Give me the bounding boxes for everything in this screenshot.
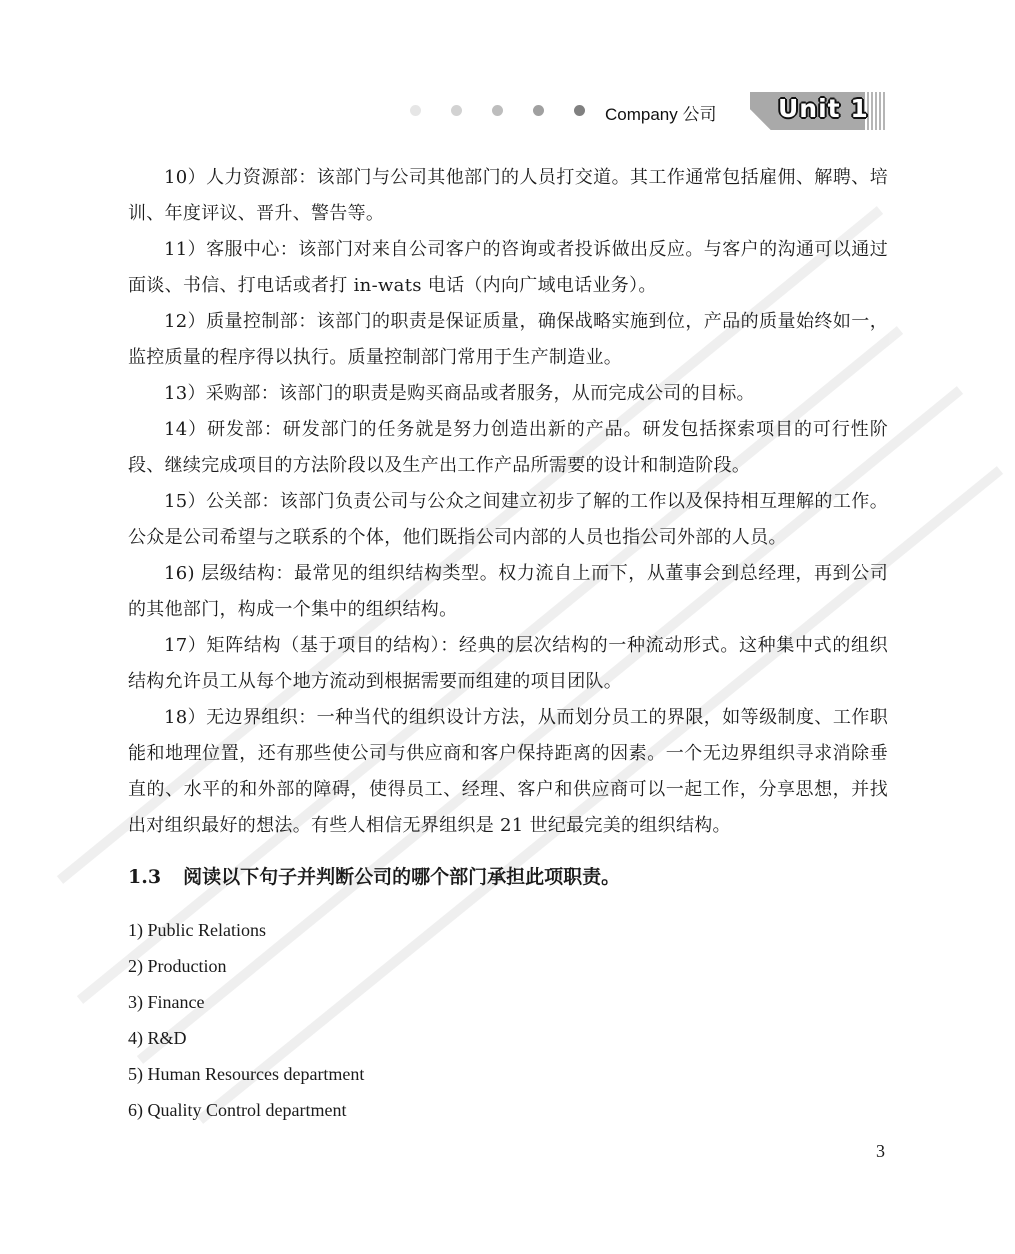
paragraph-matrix-structure: 17）矩阵结构（基于项目的结构）：经典的层次结构的一种流动形式。这种集中式的组织… xyxy=(128,628,888,700)
paragraph-purchasing: 13）采购部：该部门的职责是购买商品或者服务，从而完成公司的目标。 xyxy=(128,376,888,412)
page-number: 3 xyxy=(876,1141,885,1162)
list-item: 3) Finance xyxy=(128,984,364,1020)
header-dot-icon xyxy=(492,105,503,116)
list-item: 5) Human Resources department xyxy=(128,1056,364,1092)
list-item: 1) Public Relations xyxy=(128,912,364,948)
unit-label: Unit 1 xyxy=(778,94,869,123)
header-dot-icon xyxy=(451,105,462,116)
paragraph-customer-service: 11）客服中心：该部门对来自公司客户的咨询或者投诉做出反应。与客户的沟通可以通过… xyxy=(128,232,888,304)
list-item: 6) Quality Control department xyxy=(128,1092,364,1128)
paragraph-hierarchical-structure: 16) 层级结构：最常见的组织结构类型。权力流自上而下，从董事会到总经理，再到公… xyxy=(128,556,888,628)
paragraph-boundaryless-organization: 18）无边界组织：一种当代的组织设计方法，从而划分员工的界限，如等级制度、工作职… xyxy=(128,700,888,844)
section-heading: 1.3阅读以下句子并判断公司的哪个部门承担此项职责。 xyxy=(128,862,620,889)
section-number: 1.3 xyxy=(128,866,161,888)
header-dot-icon xyxy=(410,105,421,116)
list-item: 4) R&D xyxy=(128,1020,364,1056)
header-dot-icon xyxy=(533,105,544,116)
paragraph-rd: 14）研发部：研发部门的任务就是努力创造出新的产品。研发包括探索项目的可行性阶段… xyxy=(128,412,888,484)
list-item: 2) Production xyxy=(128,948,364,984)
body-text: 10）人力资源部：该部门与公司其他部门的人员打交道。其工作通常包括雇佣、解聘、培… xyxy=(128,160,888,844)
paragraph-hr: 10）人力资源部：该部门与公司其他部门的人员打交道。其工作通常包括雇佣、解聘、培… xyxy=(128,160,888,232)
unit-badge-stripes xyxy=(867,92,887,130)
options-list: 1) Public Relations 2) Production 3) Fin… xyxy=(128,912,364,1128)
paragraph-quality-control: 12）质量控制部：该部门的职责是保证质量，确保战略实施到位，产品的质量始终如一，… xyxy=(128,304,888,376)
unit-badge: Unit 1 xyxy=(750,92,885,130)
chapter-title: Company 公司 xyxy=(605,100,716,125)
page-header: Company 公司 Unit 1 xyxy=(400,92,900,132)
section-title: 阅读以下句子并判断公司的哪个部门承担此项职责。 xyxy=(183,866,620,888)
header-dot-icon xyxy=(574,105,585,116)
paragraph-public-relations: 15）公关部：该部门负责公司与公众之间建立初步了解的工作以及保持相互理解的工作。… xyxy=(128,484,888,556)
